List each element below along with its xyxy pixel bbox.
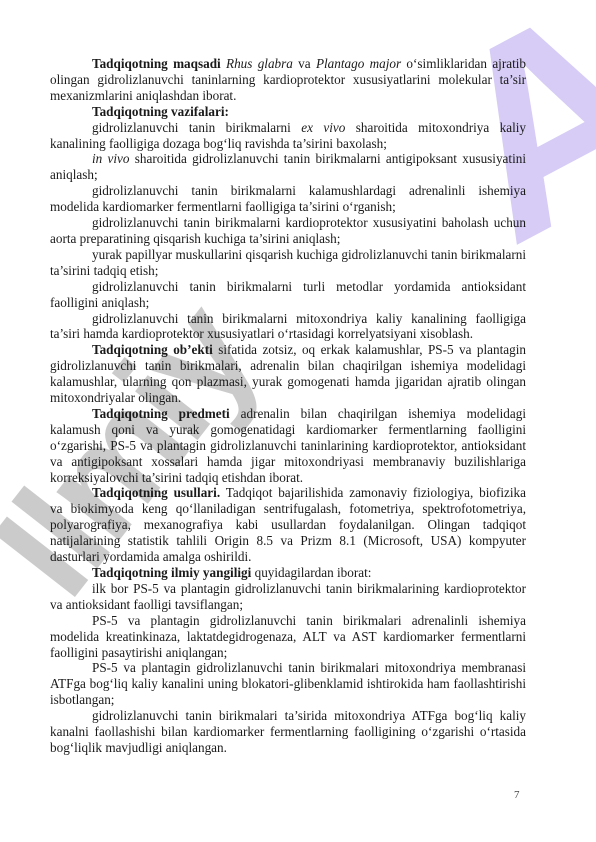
document-page: Ilmiy A Tadqiqotning maqsadi Rhus glabra… — [0, 0, 596, 842]
paragraph: ilk bor PS-5 va plantagin gidrolizlanuvc… — [50, 581, 526, 613]
paragraph-heading: Tadqiqotning predmeti — [92, 406, 230, 421]
paragraph: in vivo sharoitida gidrolizlanuvchi tani… — [50, 151, 526, 183]
paragraph: gidrolizlanuvchi tanin birikmalari ta’si… — [50, 708, 526, 756]
paragraph-heading: Tadqiqotning maqsadi — [92, 56, 221, 71]
paragraph: Tadqiqotning maqsadi Rhus glabra va Plan… — [50, 56, 526, 104]
paragraph: PS-5 va plantagin gidrolizlanuvchi tanin… — [50, 613, 526, 661]
paragraph: Tadqiqotning predmeti adrenalin bilan ch… — [50, 406, 526, 486]
paragraph: Tadqiqotning ilmiy yangiligi quyidagilar… — [50, 565, 526, 581]
paragraph-heading: Tadqiqotning ob’ekti — [92, 342, 213, 357]
italic-term: Rhus glabra — [226, 56, 293, 71]
italic-term: in vivo — [92, 151, 130, 166]
italic-term: ex vivo — [301, 120, 345, 135]
body-text: Tadqiqotning maqsadi Rhus glabra va Plan… — [50, 56, 526, 756]
paragraph-heading: Tadqiqotning ilmiy yangiligi — [92, 565, 251, 580]
paragraph: PS-5 va plantagin gidrolizlanuvchi tanin… — [50, 660, 526, 708]
paragraph: gidrolizlanuvchi tanin birikmalarni ex v… — [50, 120, 526, 152]
paragraph: gidrolizlanuvchi tanin birikmalarni kala… — [50, 183, 526, 215]
paragraph: gidrolizlanuvchi tanin birikmalarni kard… — [50, 215, 526, 247]
paragraph-heading: Tadqiqotning usullari. — [92, 485, 220, 500]
paragraph: gidrolizlanuvchi tanin birikmalarni mito… — [50, 311, 526, 343]
page-number: 7 — [514, 789, 520, 801]
paragraph: Tadqiqotning usullari. Tadqiqot bajarili… — [50, 485, 526, 565]
paragraph: Tadqiqotning ob’ekti sifatida zotsiz, oq… — [50, 342, 526, 406]
paragraph-heading: Tadqiqotning vazifalari: — [92, 104, 229, 119]
paragraph: yurak papillyar muskullarini qisqarish k… — [50, 247, 526, 279]
paragraph: gidrolizlanuvchi tanin birikmalarni turl… — [50, 279, 526, 311]
paragraph: Tadqiqotning vazifalari: — [50, 104, 526, 120]
italic-term: Plantago major — [316, 56, 401, 71]
